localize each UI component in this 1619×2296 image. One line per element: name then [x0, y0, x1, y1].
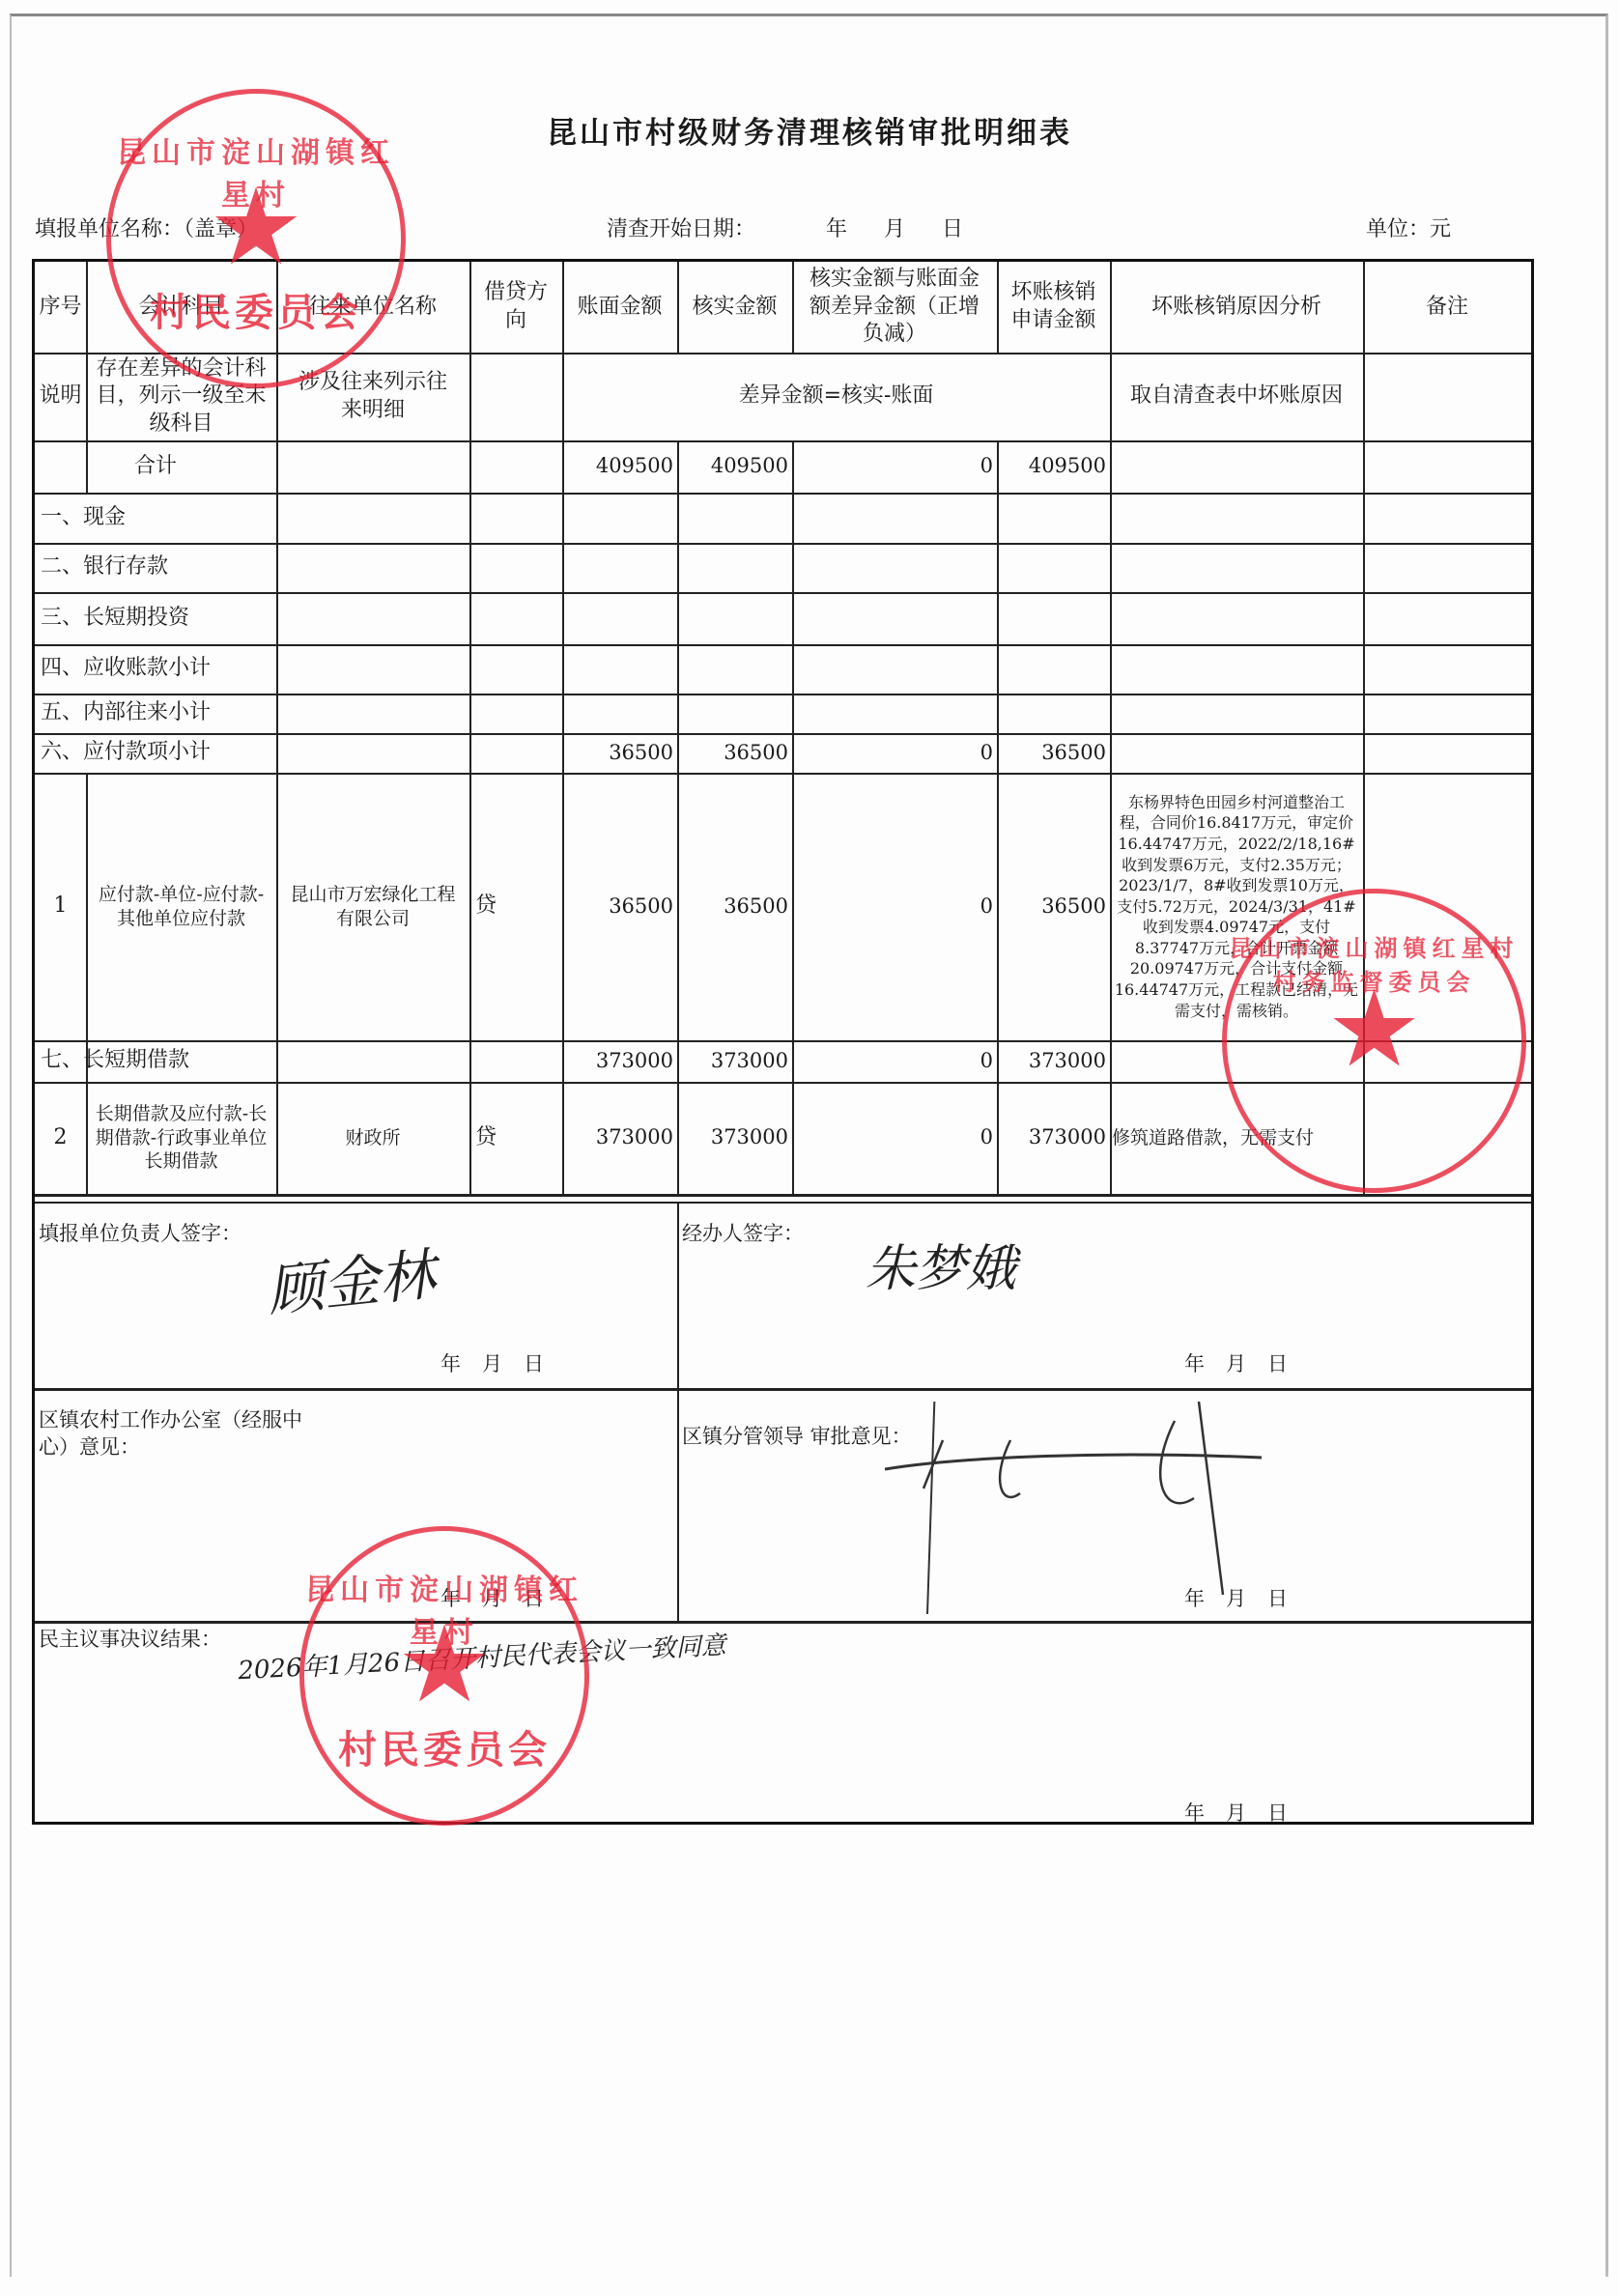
detail-2-writeoff-amount: 373000: [997, 1082, 1110, 1194]
note-counterparty: 涉及往来列示往来明细: [276, 353, 469, 440]
total-verified-amount: 409500: [677, 440, 792, 493]
total-difference: 0: [792, 440, 997, 493]
detail-2-direction: 贷: [469, 1082, 562, 1194]
detail-1-writeoff-amount: 36500: [997, 773, 1110, 1040]
detail-2-difference: 0: [792, 1082, 997, 1194]
democratic-date: 年月日: [1184, 1798, 1309, 1827]
handler-signature: 朱梦娥: [866, 1228, 1016, 1300]
note-reason: 取自清查表中坏账原因: [1110, 353, 1363, 440]
payables-writeoff-amount: 36500: [997, 733, 1110, 773]
unit-head-signature-label: 填报单位负责人签字：: [39, 1218, 241, 1247]
section-investments: 三、长短期投资: [35, 592, 276, 644]
section-payables: 六、应付款项小计: [35, 733, 276, 773]
detail-1-reason: 东杨界特色田园乡村河道整治工程，合同价16.8417万元，审定价16.44747…: [1110, 773, 1363, 1040]
header-account: 会计科目: [86, 262, 276, 353]
loans-difference: 0: [792, 1040, 997, 1082]
detail-1-verified-amount: 36500: [677, 773, 792, 1040]
loans-book-amount: 373000: [562, 1040, 677, 1082]
detail-2-counterparty: 财政所: [276, 1082, 469, 1194]
payables-difference: 0: [792, 733, 997, 773]
total-label: 合计: [35, 440, 276, 493]
note-account: 存在差异的会计科目，列示一级至末级科目: [86, 353, 276, 440]
detail-1-difference: 0: [792, 773, 997, 1040]
writeoff-table: 序号 会计科目 往来单位名称 借贷方向 账面金额 核实金额 核实金额与账面金额差…: [32, 259, 1534, 1825]
democratic-resolution-label: 民主议事决议结果：: [39, 1624, 221, 1653]
leader-signature-scribble: [885, 1402, 1291, 1614]
header-reason: 坏账核销原因分析: [1110, 262, 1363, 353]
header-difference: 核实金额与账面金额差异金额（正增负减）: [792, 262, 997, 353]
handler-date: 年月日: [1184, 1348, 1309, 1377]
page-title: 昆山市村级财务清理核销审批明细表: [0, 108, 1619, 152]
note-seq: 说明: [35, 353, 86, 440]
unit-head-date: 年月日: [440, 1348, 565, 1377]
payables-verified-amount: 36500: [677, 733, 792, 773]
detail-1-account: 应付款-单位-应付款-其他单位应付款: [86, 773, 276, 1040]
unit-head-signature: 顾金林: [263, 1229, 439, 1327]
detail-2-book-amount: 373000: [562, 1082, 677, 1194]
section-cash: 一、现金: [35, 493, 276, 543]
header-writeoff-amount: 坏账核销申请金额: [997, 262, 1110, 353]
note-difference-formula: 差异金额=核实-账面: [562, 353, 1110, 440]
total-writeoff-amount: 409500: [997, 440, 1110, 493]
payables-book-amount: 36500: [562, 733, 677, 773]
detail-2-account: 长期借款及应付款-长期借款-行政事业单位长期借款: [86, 1082, 276, 1194]
header-direction: 借贷方向: [469, 262, 562, 353]
democratic-resolution-note: 2026年1月26日召开村民代表会议一致同意: [237, 1626, 726, 1687]
detail-2-reason: 修筑道路借款，无需支付: [1110, 1082, 1363, 1194]
detail-1-direction: 贷: [469, 773, 562, 1040]
start-date-label: 清查开始日期：: [607, 213, 755, 242]
total-book-amount: 409500: [562, 440, 677, 493]
section-bank-deposit: 二、银行存款: [35, 543, 276, 592]
currency-unit: 单位：元: [1366, 213, 1451, 242]
rural-office-opinion-label: 区镇农村工作办公室（经服中心）意见：: [39, 1406, 328, 1461]
header-counterparty: 往来单位名称: [276, 262, 469, 353]
section-loans: 七、长短期借款: [35, 1040, 276, 1082]
handler-signature-label: 经办人签字：: [682, 1218, 804, 1247]
section-receivables: 四、应收账款小计: [35, 644, 276, 694]
section-internal: 五、内部往来小计: [35, 694, 276, 733]
detail-1-counterparty: 昆山市万宏绿化工程有限公司: [276, 773, 469, 1040]
header-verified-amount: 核实金额: [677, 262, 792, 353]
leader-opinion-label: 区镇分管领导 审批意见：: [682, 1421, 912, 1450]
detail-1-seq: 1: [35, 773, 86, 1040]
header-remark: 备注: [1363, 262, 1531, 353]
detail-1-book-amount: 36500: [562, 773, 677, 1040]
leader-date: 年月日: [1184, 1583, 1309, 1612]
loans-verified-amount: 373000: [677, 1040, 792, 1082]
loans-writeoff-amount: 373000: [997, 1040, 1110, 1082]
rural-office-date: 年月日: [440, 1583, 565, 1612]
detail-2-seq: 2: [35, 1082, 86, 1194]
header-seq: 序号: [35, 262, 86, 353]
detail-2-verified-amount: 373000: [677, 1082, 792, 1194]
start-date-value: 年 月 日: [826, 213, 971, 242]
reporting-unit-label: 填报单位名称：（盖章）: [35, 213, 258, 242]
header-book-amount: 账面金额: [562, 262, 677, 353]
